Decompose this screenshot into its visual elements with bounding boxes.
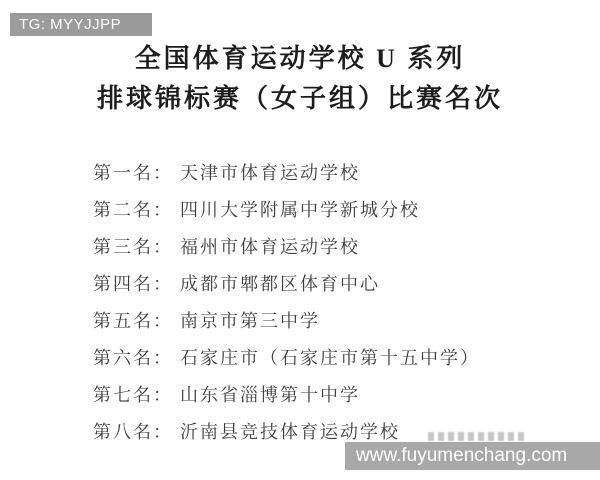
ranking-row: 第五名： 南京市第三中学 — [93, 301, 480, 338]
ranking-list: 第一名： 天津市体育运动学校 第二名： 四川大学附属中学新城分校 第三名： 福州… — [93, 153, 480, 449]
rank-label: 第五名： — [93, 307, 173, 333]
ranking-row: 第一名： 天津市体育运动学校 — [93, 153, 480, 190]
ranking-row: 第七名： 山东省淄博第十中学 — [93, 375, 480, 412]
rank-label: 第六名： — [93, 344, 173, 370]
scanned-document-page: TG: MYYJJPP 全国体育运动学校 U 系列 排球锦标赛（女子组）比赛名次… — [0, 0, 600, 480]
document-title: 全国体育运动学校 U 系列 排球锦标赛（女子组）比赛名次 — [0, 39, 600, 119]
ranking-row: 第三名： 福州市体育运动学校 — [93, 227, 480, 264]
team-name: 四川大学附属中学新城分校 — [180, 196, 420, 222]
rank-label: 第七名： — [93, 381, 173, 407]
rank-label: 第四名： — [93, 270, 173, 296]
team-name: 石家庄市（石家庄市第十五中学） — [180, 344, 480, 370]
rank-label: 第二名： — [93, 196, 173, 222]
ranking-row: 第六名： 石家庄市（石家庄市第十五中学） — [93, 338, 480, 375]
rank-label: 第一名： — [93, 159, 173, 185]
rank-label: 第三名： — [93, 233, 173, 259]
team-name: 南京市第三中学 — [180, 307, 320, 333]
team-name: 成都市郫都区体育中心 — [180, 270, 380, 296]
ranking-row: 第四名： 成都市郫都区体育中心 — [93, 264, 480, 301]
title-line-1: 全国体育运动学校 U 系列 — [0, 39, 600, 79]
tg-channel-banner: TG: MYYJJPP — [10, 13, 152, 36]
team-name: 山东省淄博第十中学 — [180, 381, 360, 407]
team-name: 天津市体育运动学校 — [180, 159, 360, 185]
illegible-faint-text — [428, 432, 524, 441]
ranking-row: 第二名： 四川大学附属中学新城分校 — [93, 190, 480, 227]
rank-label: 第八名： — [93, 418, 173, 444]
team-name: 沂南县竞技体育运动学校 — [180, 418, 400, 444]
title-line-2: 排球锦标赛（女子组）比赛名次 — [0, 79, 600, 119]
site-watermark-bar: www.fuyumenchang.com — [345, 442, 600, 470]
team-name: 福州市体育运动学校 — [180, 233, 360, 259]
